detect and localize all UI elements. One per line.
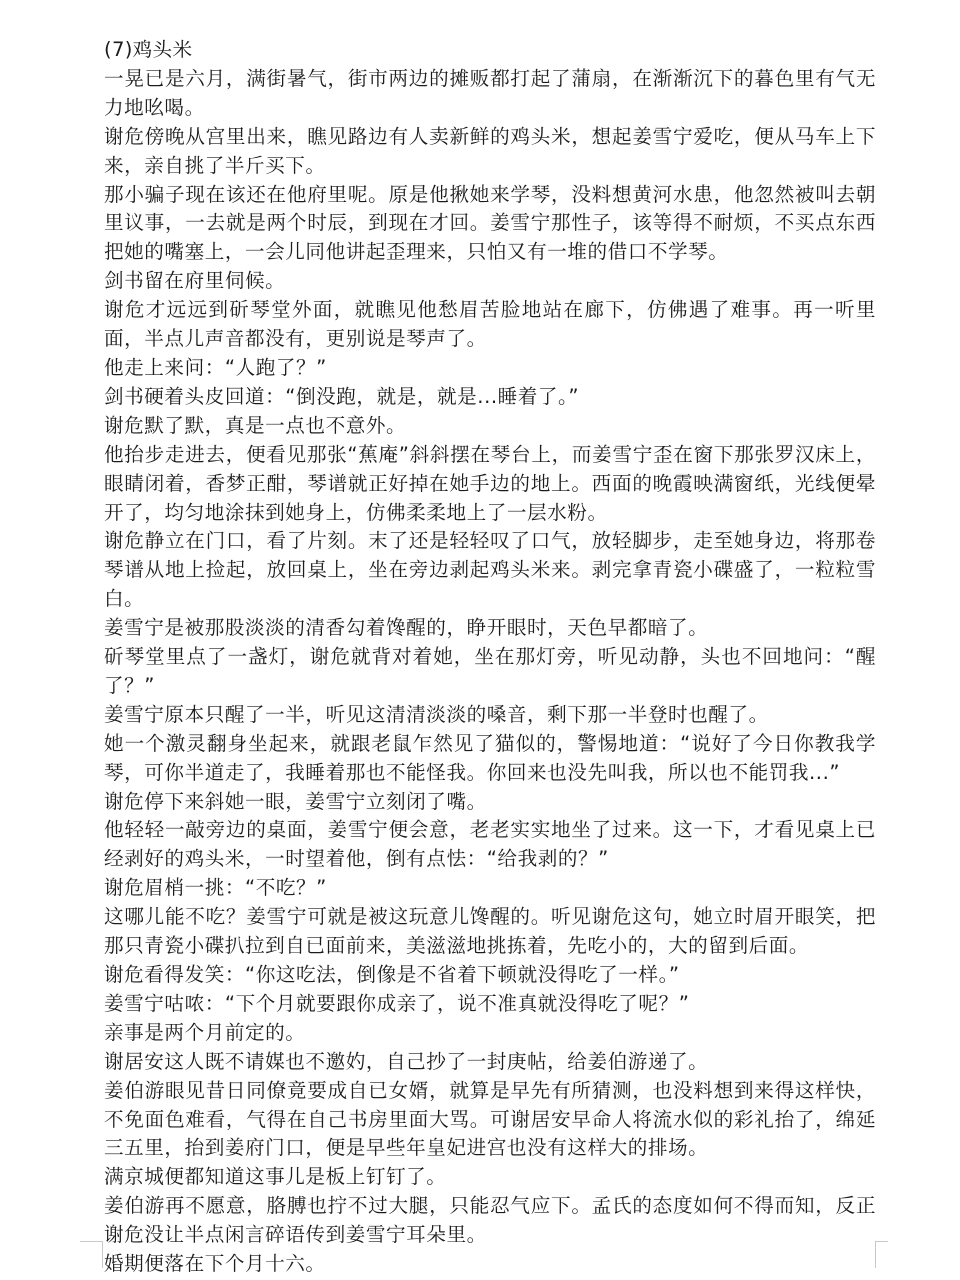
paragraph: 斫琴堂里点了一盏灯，谢危就背对着她，坐在那灯旁，听见动静，头也不回地问：“醒了？…	[104, 643, 876, 701]
paragraph: 谢危傍晚从宫里出来，瞧见路边有人卖新鲜的鸡头米，想起姜雪宁爱吃，便从马车上下来，…	[104, 123, 876, 181]
crop-mark-bottom-left	[80, 1241, 103, 1268]
paragraph: 姜雪宁是被那股淡淡的清香勾着馋醒的，睁开眼时，天色早都暗了。	[104, 614, 876, 643]
paragraph: 满京城便都知道这事儿是板上钉钉了。	[104, 1163, 876, 1192]
paragraph: 剑书硬着头皮回道：“倒没跑，就是，就是...睡着了。”	[104, 383, 876, 412]
paragraph: 谢危默了默，真是一点也不意外。	[104, 412, 876, 441]
paragraph: 姜伯游眼见昔日同僚竟要成自已女婿，就算是早先有所猜测，也没料想到来得这样快，不免…	[104, 1077, 876, 1164]
page-header-fragment	[104, 0, 134, 4]
paragraph: 一晃已是六月，满街暑气，街市两边的摊贩都打起了蒲扇，在渐渐沉下的暮色里有气无力地…	[104, 65, 876, 123]
chapter-title: (7)鸡头米	[104, 36, 876, 65]
crop-mark-bottom-right	[875, 1241, 888, 1268]
paragraph: 姜伯游再不愿意，胳膊也拧不过大腿，只能忍气应下。孟氏的态度如何不得而知，反正谢危…	[104, 1192, 876, 1250]
document-page: (7)鸡头米 一晃已是六月，满街暑气，街市两边的摊贩都打起了蒲扇，在渐渐沉下的暮…	[0, 0, 960, 1280]
paragraph: 姜雪宁咕哝：“下个月就要跟你成亲了，说不准真就没得吃了呢？”	[104, 990, 876, 1019]
document-body: (7)鸡头米 一晃已是六月，满街暑气，街市两边的摊贩都打起了蒲扇，在渐渐沉下的暮…	[104, 36, 876, 1279]
paragraph: 亲事是两个月前定的。	[104, 1019, 876, 1048]
paragraph: 婚期便落在下个月十六。	[104, 1250, 876, 1279]
paragraph: 谢居安这人既不请媒也不邀妁，自己抄了一封庚帖，给姜伯游递了。	[104, 1048, 876, 1077]
paragraph: 姜雪宁原本只醒了一半，听见这清清淡淡的嗓音，剩下那一半登时也醒了。	[104, 701, 876, 730]
paragraph: 谢危看得发笑：“你这吃法，倒像是不省着下顿就没得吃了一样。”	[104, 961, 876, 990]
paragraph: 剑书留在府里伺候。	[104, 267, 876, 296]
paragraph: 这哪儿能不吃？姜雪宁可就是被这玩意儿馋醒的。听见谢危这句，她立时眉开眼笑，把那只…	[104, 903, 876, 961]
paragraph: 她一个激灵翻身坐起来，就跟老鼠乍然见了猫似的，警惕地道：“说好了今日你教我学琴，…	[104, 730, 876, 788]
paragraph: 他走上来问：“人跑了？”	[104, 354, 876, 383]
paragraph: 他抬步走进去，便看见那张“蕉庵”斜斜摆在琴台上，而姜雪宁歪在窗下那张罗汉床上，眼…	[104, 441, 876, 528]
paragraph: 那小骗子现在该还在他府里呢。原是他揪她来学琴，没料想黄河水患，他忽然被叫去朝里议…	[104, 181, 876, 268]
paragraph: 谢危静立在门口，看了片刻。末了还是轻轻叹了口气，放轻脚步，走至她身边，将那卷琴谱…	[104, 527, 876, 614]
paragraph: 谢危停下来斜她一眼，姜雪宁立刻闭了嘴。	[104, 788, 876, 817]
paragraph: 他轻轻一敲旁边的桌面，姜雪宁便会意，老老实实地坐了过来。这一下，才看见桌上已经剥…	[104, 816, 876, 874]
paragraph: 谢危才远远到斫琴堂外面，就瞧见他愁眉苦脸地站在廊下，仿佛遇了难事。再一听里面，半…	[104, 296, 876, 354]
paragraph: 谢危眉梢一挑：“不吃？”	[104, 874, 876, 903]
